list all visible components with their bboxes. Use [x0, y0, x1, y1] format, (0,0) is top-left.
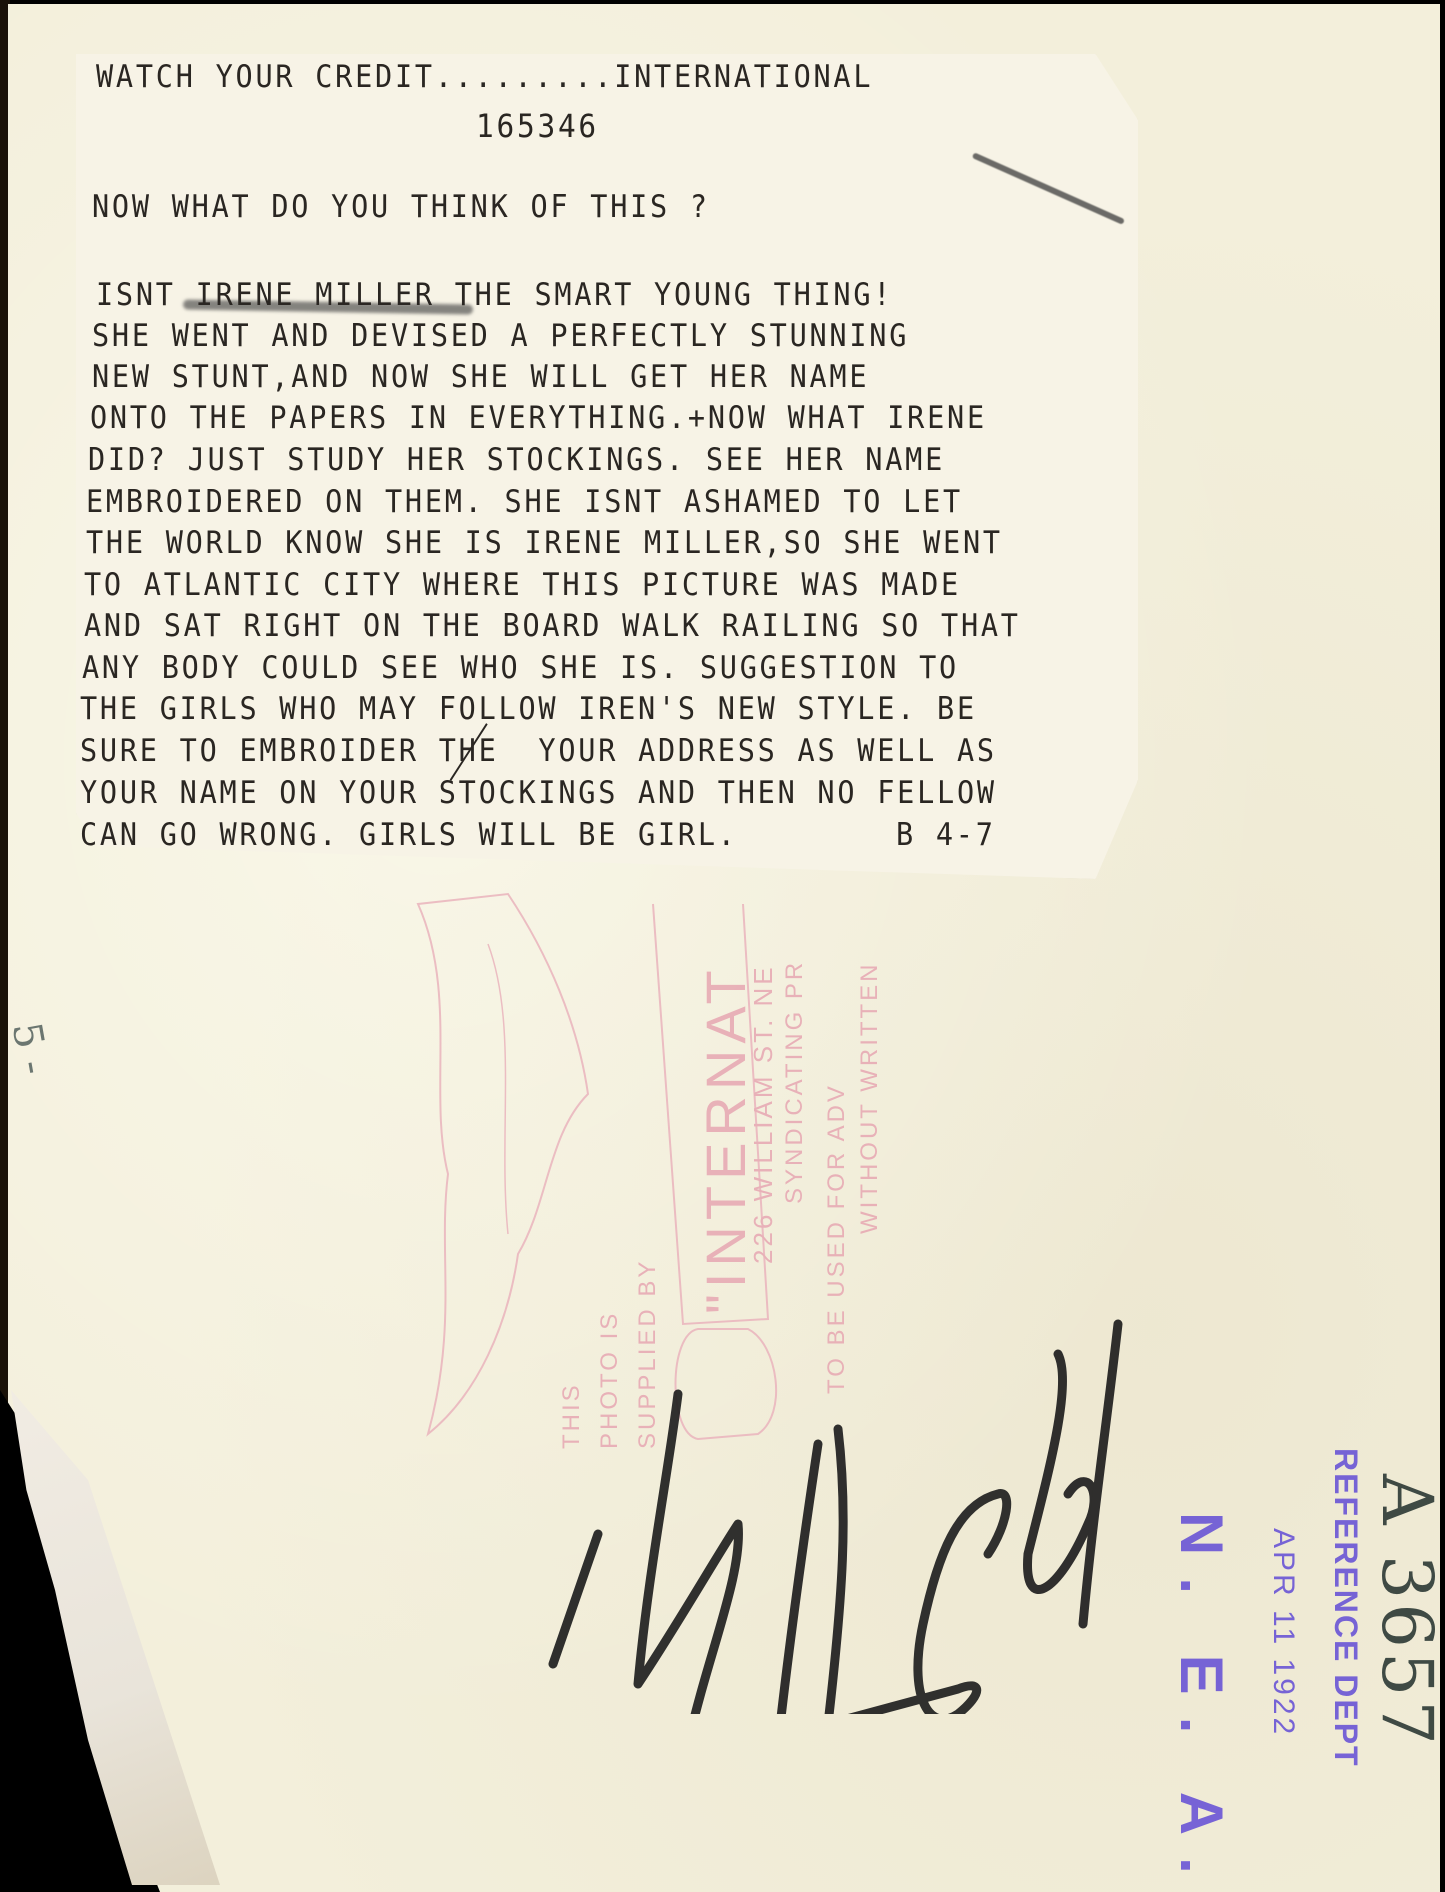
caption-line: SHE WENT AND DEVISED A PERFECTLY STUNNIN… [92, 321, 909, 352]
caption-line: AND SAT RIGHT ON THE BOARD WALK RAILING … [84, 611, 1021, 642]
pencil-archive-number: A 3657 [1366, 1474, 1445, 1749]
caption-line: CAN GO WRONG. GIRLS WILL BE GIRL. [80, 820, 738, 851]
caption-code: B 4-7 [896, 820, 996, 851]
reference-dept-stamp: REFERENCE DEPT [1327, 1448, 1364, 1768]
stamp-text: WITHOUT WRITTEN [856, 961, 884, 1234]
stamp-org: N. E. A. [1167, 1512, 1236, 1892]
caption-line: ISNT IRENE MILLER THE SMART YOUNG THING! [96, 280, 893, 311]
stamp-date: APR 11 1922 [1266, 1528, 1300, 1737]
caption-headline: NOW WHAT DO YOU THINK OF THIS ? [92, 192, 710, 223]
caption-text: YOUR ADDRESS AS WELL AS [499, 733, 997, 769]
credit-line: WATCH YOUR CREDIT.........INTERNATIONAL [96, 62, 873, 93]
caption-line: DID? JUST STUDY HER STOCKINGS. SEE HER N… [88, 445, 945, 476]
caption-text: SURE TO EMBROIDER [80, 733, 439, 769]
photo-number: 165346 [476, 110, 599, 142]
crayon-scrawl-icon [528, 1294, 1148, 1714]
caption-line: THE WORLD KNOW SHE IS IRENE MILLER,SO SH… [86, 528, 1003, 559]
caption-line: TO ATLANTIC CITY WHERE THIS PICTURE WAS … [84, 570, 961, 601]
pencil-margin-note: 5 - [3, 1019, 57, 1078]
caption-line: EMBROIDERED ON THEM. SHE ISNT ASHAMED TO… [86, 487, 963, 518]
caption-line: ANY BODY COULD SEE WHO SHE IS. SUGGESTIO… [82, 653, 959, 684]
struck-word: THE [439, 733, 499, 769]
caption-line: ONTO THE PAPERS IN EVERYTHING.+NOW WHAT … [90, 403, 987, 434]
caption-line: NEW STUNT,AND NOW SHE WILL GET HER NAME [92, 362, 869, 393]
stamp-address: 226 WILLIAM ST. NE [748, 964, 779, 1264]
photo-back-sheet: WATCH YOUR CREDIT.........INTERNATIONAL … [8, 4, 1440, 1892]
caption-line-with-strike: SURE TO EMBROIDER THE YOUR ADDRESS AS WE… [80, 736, 997, 767]
stamp-text: SYNDICATING PR [781, 960, 809, 1204]
caption-line: YOUR NAME ON YOUR STOCKINGS AND THEN NO … [80, 778, 997, 809]
caption-line: THE GIRLS WHO MAY FOLLOW IREN'S NEW STYL… [80, 694, 977, 725]
